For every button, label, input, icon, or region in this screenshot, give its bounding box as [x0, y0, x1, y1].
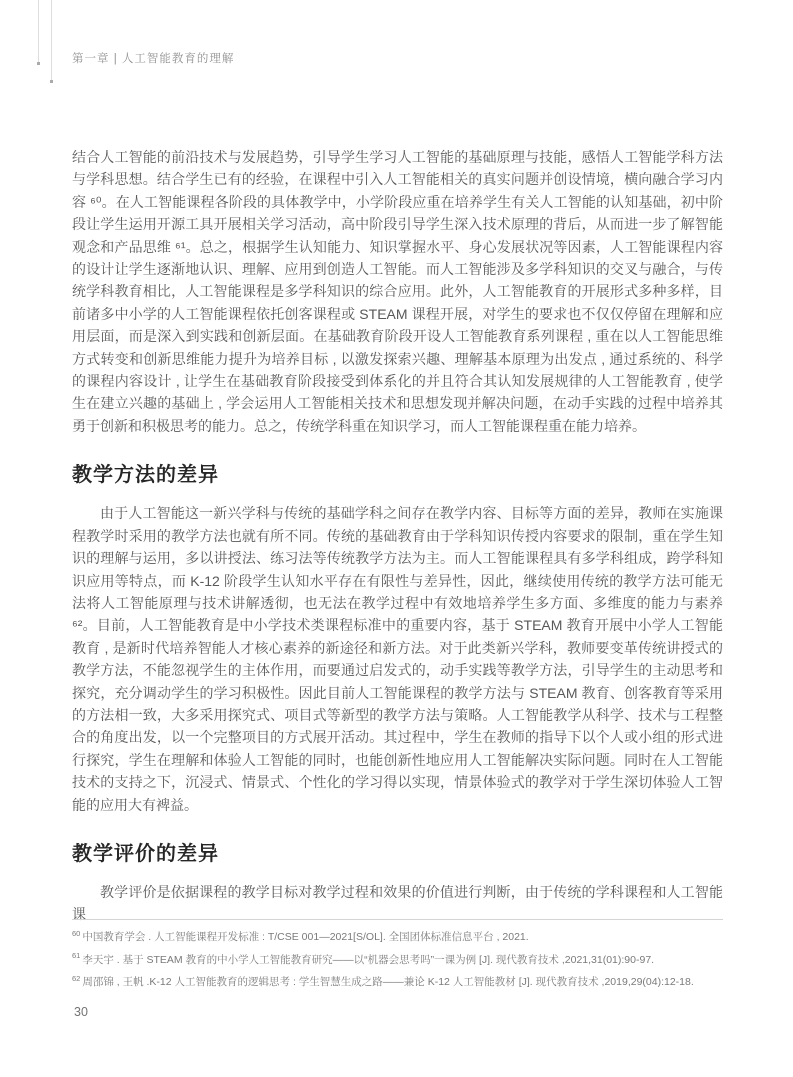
guide-line-dot [37, 62, 40, 65]
footnote-item: 62周邵锦 , 王帆 .K-12 人工智能教育的逻辑思考 : 学生智慧生成之路—… [72, 971, 723, 994]
footnote-item: 61李天宇 . 基于 STEAM 教育的中小学人工智能教育研究——以“机器会思考… [72, 949, 723, 972]
book-page: 第一章 | 人工智能教育的理解 结合人工智能的前沿技术与发展趋势，引导学生学习人… [0, 0, 793, 1077]
footnote-text: 中国教育学会 . 人工智能课程开发标准 : T/CSE 001—2021[S/O… [82, 931, 528, 943]
chapter-running-header: 第一章 | 人工智能教育的理解 [72, 52, 234, 67]
guide-line-dot [50, 80, 53, 83]
section-heading-teaching-methods: 教学方法的差异 [72, 463, 723, 487]
footnote-item: 60中国教育学会 . 人工智能课程开发标准 : T/CSE 001—2021[S… [72, 926, 723, 949]
footnote-text: 周邵锦 , 王帆 .K-12 人工智能教育的逻辑思考 : 学生智慧生成之路——兼… [82, 976, 693, 988]
page-body: 结合人工智能的前沿技术与发展趋势，引导学生学习人工智能的基础原理与技能，感悟人工… [72, 146, 723, 926]
page-number: 30 [74, 1005, 88, 1019]
footnote-marker: 62 [72, 974, 80, 983]
margin-guide-line [38, 0, 39, 62]
section-heading-teaching-evaluation: 教学评价的差异 [72, 842, 723, 866]
footnote-divider [72, 919, 723, 920]
margin-guide-line [51, 0, 52, 80]
footnote-marker: 60 [72, 929, 80, 938]
intro-paragraph: 结合人工智能的前沿技术与发展趋势，引导学生学习人工智能的基础原理与技能，感悟人工… [72, 146, 723, 437]
footnote-text: 李天宇 . 基于 STEAM 教育的中小学人工智能教育研究——以“机器会思考吗”… [82, 954, 654, 966]
footnotes-block: 60中国教育学会 . 人工智能课程开发标准 : T/CSE 001—2021[S… [72, 919, 723, 994]
footnote-marker: 61 [72, 951, 80, 960]
teaching-methods-paragraph: 由于人工智能这一新兴学科与传统的基础学科之间存在教学内容、目标等方面的差异，教师… [72, 502, 723, 816]
